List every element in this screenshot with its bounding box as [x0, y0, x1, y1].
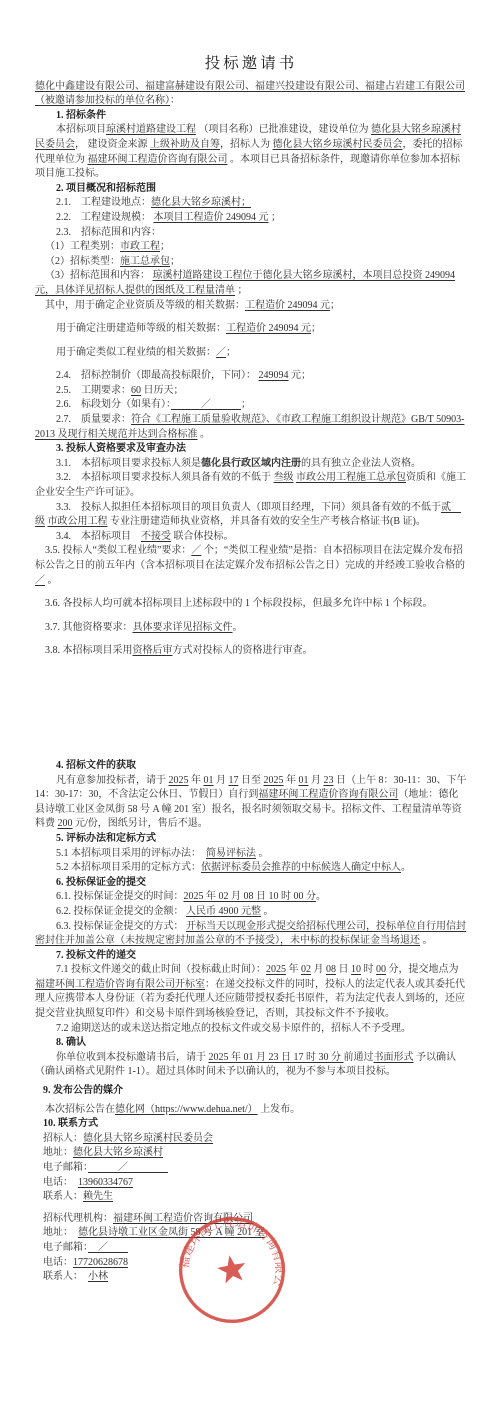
- text-segment: 资格后审: [133, 645, 173, 656]
- text-segment: 年: [284, 775, 299, 786]
- text-segment: （项目名称）已批准建设，建设单位为: [196, 124, 371, 135]
- text-segment: 200: [58, 818, 73, 829]
- text-segment: ：: [170, 95, 180, 106]
- item-5-2: 5.2 本招标项目采用的定标方式：依据评标委员会推荐的中标候选人确定中标人。: [35, 861, 467, 876]
- text-segment: 。: [261, 906, 274, 917]
- text-segment: 书面形式: [374, 1052, 414, 1063]
- item-6-3: 6.3. 投标保证金提交的方式： 开标当天以现金形式提交给招标代理公司，投标单位…: [35, 920, 467, 949]
- item-3-5: 3.5. 投标人“类似工程业绩”要求：／ 个；“类似工程业绩”是指：自本招标项目…: [35, 544, 467, 588]
- text-segment: （2）招标类型：: [45, 256, 120, 267]
- text-segment: 元；: [289, 370, 312, 381]
- text-segment: 德化中鑫建设有限公司、福建富赫建设有限公司、福建兴投建设有限公司、福建占岩建工有…: [35, 81, 465, 107]
- item-2-6: 2.6. 标段划分（如果有）： ／ ；: [35, 398, 467, 413]
- text-segment: ；: [160, 241, 170, 252]
- scanned-document-page: 投标邀请书德化中鑫建设有限公司、福建富赫建设有限公司、福建兴投建设有限公司、福建…: [0, 0, 500, 1414]
- item-2-7: 2.7. 质量要求：符合《工程施工质量验收规范》、《市政工程施工组织设计规范》G…: [35, 413, 467, 442]
- text-segment: ／: [88, 1162, 168, 1173]
- text-segment: 249094: [259, 370, 289, 381]
- section-heading-7: 7. 投标文件的递交: [35, 949, 467, 964]
- text-segment: 的具有独立企业法人资格。: [301, 458, 421, 469]
- item-3-4: 3.4. 本招标项目 不接受 联合体投标。: [35, 530, 467, 545]
- item-2-5: 2.5. 工期要求：60 日历天；: [35, 384, 467, 399]
- text-segment: 小林: [88, 1271, 108, 1282]
- text-segment: ／: [88, 1242, 128, 1253]
- text-segment: 02: [301, 964, 311, 975]
- seal-star-icon: [215, 1253, 248, 1284]
- text-segment: 分，提交地点为: [386, 964, 459, 975]
- text-segment: 叁级: [274, 472, 294, 483]
- section-heading-9: 9. 发布公告的媒介: [35, 1084, 467, 1099]
- text-segment: 。: [233, 622, 243, 633]
- text-segment: 具体要求详见招标文件: [133, 622, 233, 633]
- text-segment: 本次招标公告在: [45, 1104, 115, 1115]
- text-segment: 简易评标法: [206, 848, 256, 859]
- text-segment: （3）招标范围和内容：: [45, 270, 153, 281]
- text-segment: 10. 联系方式: [43, 1118, 98, 1129]
- text-segment: 德化县大铭乡琼溪村民委员会: [273, 139, 403, 150]
- document-body: 投标邀请书德化中鑫建设有限公司、福建富赫建设有限公司、福建兴投建设有限公司、福建…: [0, 0, 500, 1285]
- text-segment: 2.4. 招标控制价（即最高投标限价，下同）：: [56, 370, 259, 381]
- item-3-2: 3.2. 本招标项目要求投标人须具备有效的不低于 叁级 市政公用工程施工总承包资…: [35, 471, 467, 500]
- text-segment: 工程造价 249094 元: [226, 323, 311, 334]
- item-6-1: 6.1. 投标保证金提交的时间：2025 年 02 月 08 日 10 时 00…: [35, 890, 467, 905]
- text-segment: 2025 年 02 月 08 日 10 时 00 分: [184, 891, 317, 902]
- text-segment: ；: [235, 285, 248, 296]
- tender-conditions-para: 本招标项目琼溪村道路建设工程 （项目名称）已批准建设，建设单位为 德化县大铭乡琼…: [35, 123, 467, 181]
- text-segment: 。: [316, 891, 326, 902]
- text-segment: 施工总承包: [120, 256, 170, 267]
- text-segment: 年: [189, 775, 204, 786]
- text-segment: 5.2 本招标项目采用的定标方式：: [56, 862, 201, 873]
- text-segment: ／: [191, 545, 201, 556]
- text-segment: 3.5. 投标人“类似工程业绩”要求：: [45, 545, 191, 556]
- text-segment: 7.2 逾期送达的或未送达指定地点的投标文件或交易卡原件的，招标人不予受理。: [56, 1023, 411, 1034]
- text-segment: 3.2. 本招标项目要求投标人须具备有效的不低于: [56, 472, 274, 483]
- text-segment: 福建环闽工程造价咨询有限公司: [258, 789, 398, 800]
- text-segment: 17: [229, 775, 239, 786]
- text-segment: 4. 招标文件的获取: [56, 760, 136, 771]
- section-heading-1: 1. 招标条件: [35, 109, 467, 124]
- text-segment: ；: [330, 300, 340, 311]
- confirmation-para: 你单位收到本投标邀请书后，请于 2025 年 01 月 23 日 17 时 30…: [35, 1051, 467, 1080]
- text-segment: 招标人：: [43, 1133, 83, 1144]
- text-segment: 日: [336, 964, 351, 975]
- item-7-1: 7.1 投标文件递交的截止时间（投标截止时间）：2025 年 02 月 08 日…: [35, 963, 467, 1021]
- text-segment: 前通过: [344, 1052, 374, 1063]
- section-heading-8: 8. 确认: [35, 1036, 467, 1051]
- text-segment: 德化县行政区域内注册: [201, 458, 301, 469]
- text-segment: 上发布。: [258, 1104, 301, 1115]
- text-segment: 依据评标委员会推荐的中标候选人确定中标人: [201, 862, 401, 873]
- text-segment: 3.7. 其他资格要求：: [45, 622, 133, 633]
- text-segment: 6.3. 投标保证金提交的方式：: [56, 921, 186, 932]
- section-heading-4: 4. 招标文件的获取: [35, 759, 467, 774]
- text-segment: 2.5. 工期要求：: [56, 385, 131, 396]
- text-segment: 日历天；: [141, 385, 184, 396]
- text-segment: 人民币 4900 元整: [186, 906, 261, 917]
- text-segment: 日至: [239, 775, 264, 786]
- text-segment: 01: [299, 775, 309, 786]
- text-segment: 01: [204, 775, 214, 786]
- text-segment: ；: [170, 256, 180, 267]
- text-segment: 电话：: [43, 1177, 78, 1188]
- text-segment: 月: [309, 775, 324, 786]
- page-break-gap: [35, 659, 467, 759]
- text-segment: 本招标项目: [56, 124, 106, 135]
- text-segment: 招标代理机构：: [43, 1213, 113, 1224]
- text-segment: ／: [171, 399, 241, 410]
- item-5-1: 5.1 本招标项目采用的评标办法： 简易评标法 。: [35, 847, 467, 862]
- text-segment: 3.6. 各投标人均可就本招标项目上述标段中的 1 个标段投标，但最多允许中标 …: [45, 598, 433, 609]
- text-segment: 08: [326, 964, 336, 975]
- text-segment: 福建环闽工程造价咨询有限公司开标室: [35, 979, 205, 990]
- text-segment: ；: [269, 212, 282, 223]
- text-segment: 23: [324, 775, 334, 786]
- text-segment: ；: [311, 323, 321, 334]
- tenderer-email-line: 电子邮箱： ／: [35, 1161, 467, 1176]
- text-segment: 年: [286, 964, 301, 975]
- text-segment: 60: [131, 385, 141, 396]
- text-segment: ／: [35, 575, 45, 586]
- text-segment: 专业注册建造师执业资格，并具备有效的安全生产考核合格证书(B 证)。: [108, 516, 426, 527]
- text-segment: 本项目工程造价 249094 元: [154, 212, 269, 223]
- item-2-3-3: （3）招标范围和内容： 琼溪村道路建设工程位于德化县大铭乡琼溪村，本项目总投资 …: [35, 269, 467, 298]
- text-segment: 联系人：: [43, 1271, 88, 1282]
- text-segment: 地址：: [43, 1147, 73, 1158]
- item-6-2: 6.2. 投标保证金提交的金额： 人民币 4900 元整 。: [35, 905, 467, 920]
- tenderer-address-line: 地址：德化县大铭乡琼溪村: [35, 1146, 467, 1161]
- text-segment: 2.2. 工程建设规模：: [56, 212, 154, 223]
- text-segment: 德化县大铭乡琼溪村；: [151, 197, 251, 208]
- text-segment: 电子邮箱：: [43, 1242, 88, 1253]
- text-segment: 。: [401, 862, 411, 873]
- text-segment: 用于确定注册建造师等级的相关数据：: [56, 323, 226, 334]
- text-segment: 10: [351, 964, 361, 975]
- text-segment: 6. 投标保证金的提交: [56, 877, 146, 888]
- text-segment: 1. 招标条件: [56, 110, 106, 121]
- text-segment: 2025: [266, 964, 286, 975]
- text-segment: ， 建设资金来源: [75, 139, 150, 150]
- item-2-1: 2.1. 工程建设地点：德化县大铭乡琼溪村；: [35, 196, 467, 211]
- text-segment: 9. 发布公告的媒介: [43, 1085, 123, 1096]
- constructor-data-line: 用于确定注册建造师等级的相关数据：工程造价 249094 元；: [35, 322, 467, 337]
- text-segment: 时: [361, 964, 376, 975]
- text-segment: 3.4. 本招标项目: [56, 531, 141, 542]
- text-segment: 赖先生: [83, 1191, 113, 1202]
- item-7-2: 7.2 逾期送达的或未送达指定地点的投标文件或交易卡原件的，招标人不予受理。: [35, 1022, 467, 1037]
- section-heading-10: 10. 联系方式: [35, 1117, 467, 1132]
- text-segment: 上级补助及自筹: [150, 139, 220, 150]
- text-segment: 你单位收到本投标邀请书后，请于: [56, 1052, 209, 1063]
- text-segment: 月: [311, 964, 326, 975]
- document-title: 投标邀请书: [35, 57, 467, 72]
- text-segment: 5. 评标办法和定标方式: [56, 833, 156, 844]
- text-segment: 月: [214, 775, 229, 786]
- text-segment: 2025 年 01 月 23 日 17 时 30 分: [209, 1052, 344, 1063]
- item-2-2: 2.2. 工程建设规模： 本项目工程造价 249094 元 ；: [35, 211, 467, 226]
- text-segment: 5.1 本招标项目采用的评标办法：: [56, 848, 206, 859]
- section-heading-5: 5. 评标办法和定标方式: [35, 832, 467, 847]
- text-segment: 市政工程: [120, 241, 160, 252]
- text-segment: 德化县大铭乡琼溪村民委员会: [83, 1133, 213, 1144]
- text-segment: （1）工程类别：: [45, 241, 120, 252]
- item-2-3-2: （2）招标类型：施工总承包；: [35, 255, 467, 270]
- text-segment: 3. 投标人资格要求及审查办法: [56, 443, 186, 454]
- text-segment: 8. 确认: [56, 1037, 86, 1048]
- text-segment: 福建环闽工程造价咨询有限公司: [88, 154, 228, 165]
- text-segment: 。: [45, 575, 58, 586]
- text-segment: 投标邀请书: [205, 55, 298, 72]
- text-segment: 2.3. 招标范围和内容：: [56, 227, 161, 238]
- text-segment: 方式对投标人的资格进行审查。: [173, 645, 313, 656]
- text-segment: 市政公用工程: [48, 516, 108, 527]
- text-segment: 联合体投标。: [171, 531, 234, 542]
- text-segment: 00: [376, 964, 386, 975]
- text-segment: 用于确定类似工程业绩的相关数据：: [56, 347, 216, 358]
- text-segment: 琼溪村道路建设工程: [106, 124, 196, 135]
- text-segment: 7.1 投标文件递交的截止时间（投标截止时间）：: [56, 964, 266, 975]
- text-segment: 德化县大铭乡琼溪村: [73, 1147, 163, 1158]
- item-2-3-1: （1）工程类别：市政工程；: [35, 240, 467, 255]
- item-2-4: 2.4. 招标控制价（即最高投标限价，下同）： 249094 元；: [35, 369, 467, 384]
- text-segment: 地址：: [43, 1227, 78, 1238]
- qualification-data-line: 其中，用于确定企业资质及等级的相关数据：工程造价 249094 元；: [35, 299, 467, 314]
- section-heading-2: 2. 项目概况和招标范围: [35, 182, 467, 197]
- tenderer-name-line: 招标人：德化县大铭乡琼溪村民委员会: [35, 1132, 467, 1147]
- text-segment: ；: [241, 399, 251, 410]
- item-3-7: 3.7. 其他资格要求：具体要求详见招标文件。: [35, 621, 467, 636]
- text-segment: 17720628678: [73, 1257, 128, 1268]
- item-3-6: 3.6. 各投标人均可就本招标项目上述标段中的 1 个标段投标，但最多允许中标 …: [35, 597, 467, 612]
- text-segment: 2025: [169, 775, 189, 786]
- tenderer-contact-line: 联系人：赖先生: [35, 1190, 467, 1205]
- text-segment: 市政公用工程施工总承包: [296, 472, 406, 483]
- text-segment: 2.7. 质量要求：: [56, 414, 131, 425]
- text-segment: 不接受: [141, 531, 171, 542]
- text-segment: 凡有意参加投标者，请于: [56, 775, 169, 786]
- similar-works-data-line: 用于确定类似工程业绩的相关数据：／；: [35, 346, 467, 361]
- text-segment: 3.1. 本招标项目要求投标人须是: [56, 458, 201, 469]
- item-3-8: 3.8. 本招标项目采用资格后审方式对投标人的资格进行审查。: [35, 644, 467, 659]
- text-segment: 13960334767: [78, 1177, 133, 1188]
- text-segment: 电子邮箱：: [43, 1162, 88, 1173]
- item-3-1: 3.1. 本招标项目要求投标人须是德化县行政区域内注册的具有独立企业法人资格。: [35, 457, 467, 472]
- text-segment: 联系人：: [43, 1191, 83, 1202]
- company-seal-stamp: 福建环闽工程造价咨询有限公司: [167, 1205, 297, 1335]
- text-segment: 2025: [264, 775, 284, 786]
- text-segment: 。: [198, 429, 211, 440]
- section-heading-6: 6. 投标保证金的提交: [35, 876, 467, 891]
- text-segment: 工程造价 249094 元: [245, 300, 330, 311]
- text-segment: ／: [216, 347, 226, 358]
- text-segment: 2.6. 标段划分（如果有）：: [56, 399, 171, 410]
- text-segment: 2. 项目概况和招标范围: [56, 183, 156, 194]
- text-segment: ；: [226, 347, 236, 358]
- invited-bidders-line: 德化中鑫建设有限公司、福建富赫建设有限公司、福建兴投建设有限公司、福建占岩建工有…: [35, 80, 467, 109]
- text-segment: 6.1. 投标保证金提交的时间：: [56, 891, 184, 902]
- announcement-media-para: 本次招标公告在德化网（https://www.dehua.net/） 上发布。: [35, 1103, 467, 1118]
- item-2-3: 2.3. 招标范围和内容：: [35, 226, 467, 241]
- text-segment: 元/份，图纸另计，售后不退。: [73, 818, 208, 829]
- text-segment: 3.8. 本招标项目采用: [45, 645, 133, 656]
- tenderer-phone-line: 电话： 13960334767: [35, 1176, 467, 1191]
- text-segment: 电话：: [43, 1257, 73, 1268]
- text-segment: 其中，用于确定企业资质及等级的相关数据：: [45, 300, 245, 311]
- text-segment: 2.1. 工程建设地点：: [56, 197, 151, 208]
- text-segment: ，招标人为: [220, 139, 273, 150]
- text-segment: 3.3. 投标人拟担任本招标项目的项目负责人（即项目经理，下同）须具备有效的不低…: [56, 502, 441, 513]
- text-segment: 德化网（https://www.dehua.net/）: [115, 1104, 258, 1115]
- text-segment: 。: [420, 935, 433, 946]
- item-3-3: 3.3. 投标人拟担任本招标项目的项目负责人（即项目经理，下同）须具备有效的不低…: [35, 501, 467, 530]
- text-segment: 。: [256, 848, 269, 859]
- section-heading-3: 3. 投标人资格要求及审查办法: [35, 442, 467, 457]
- text-segment: 6.2. 投标保证金提交的金额：: [56, 906, 186, 917]
- document-obtain-para: 凡有意参加投标者，请于 2025 年 01 月 17 日至 2025 年 01 …: [35, 774, 467, 832]
- text-segment: 7. 投标文件的递交: [56, 950, 136, 961]
